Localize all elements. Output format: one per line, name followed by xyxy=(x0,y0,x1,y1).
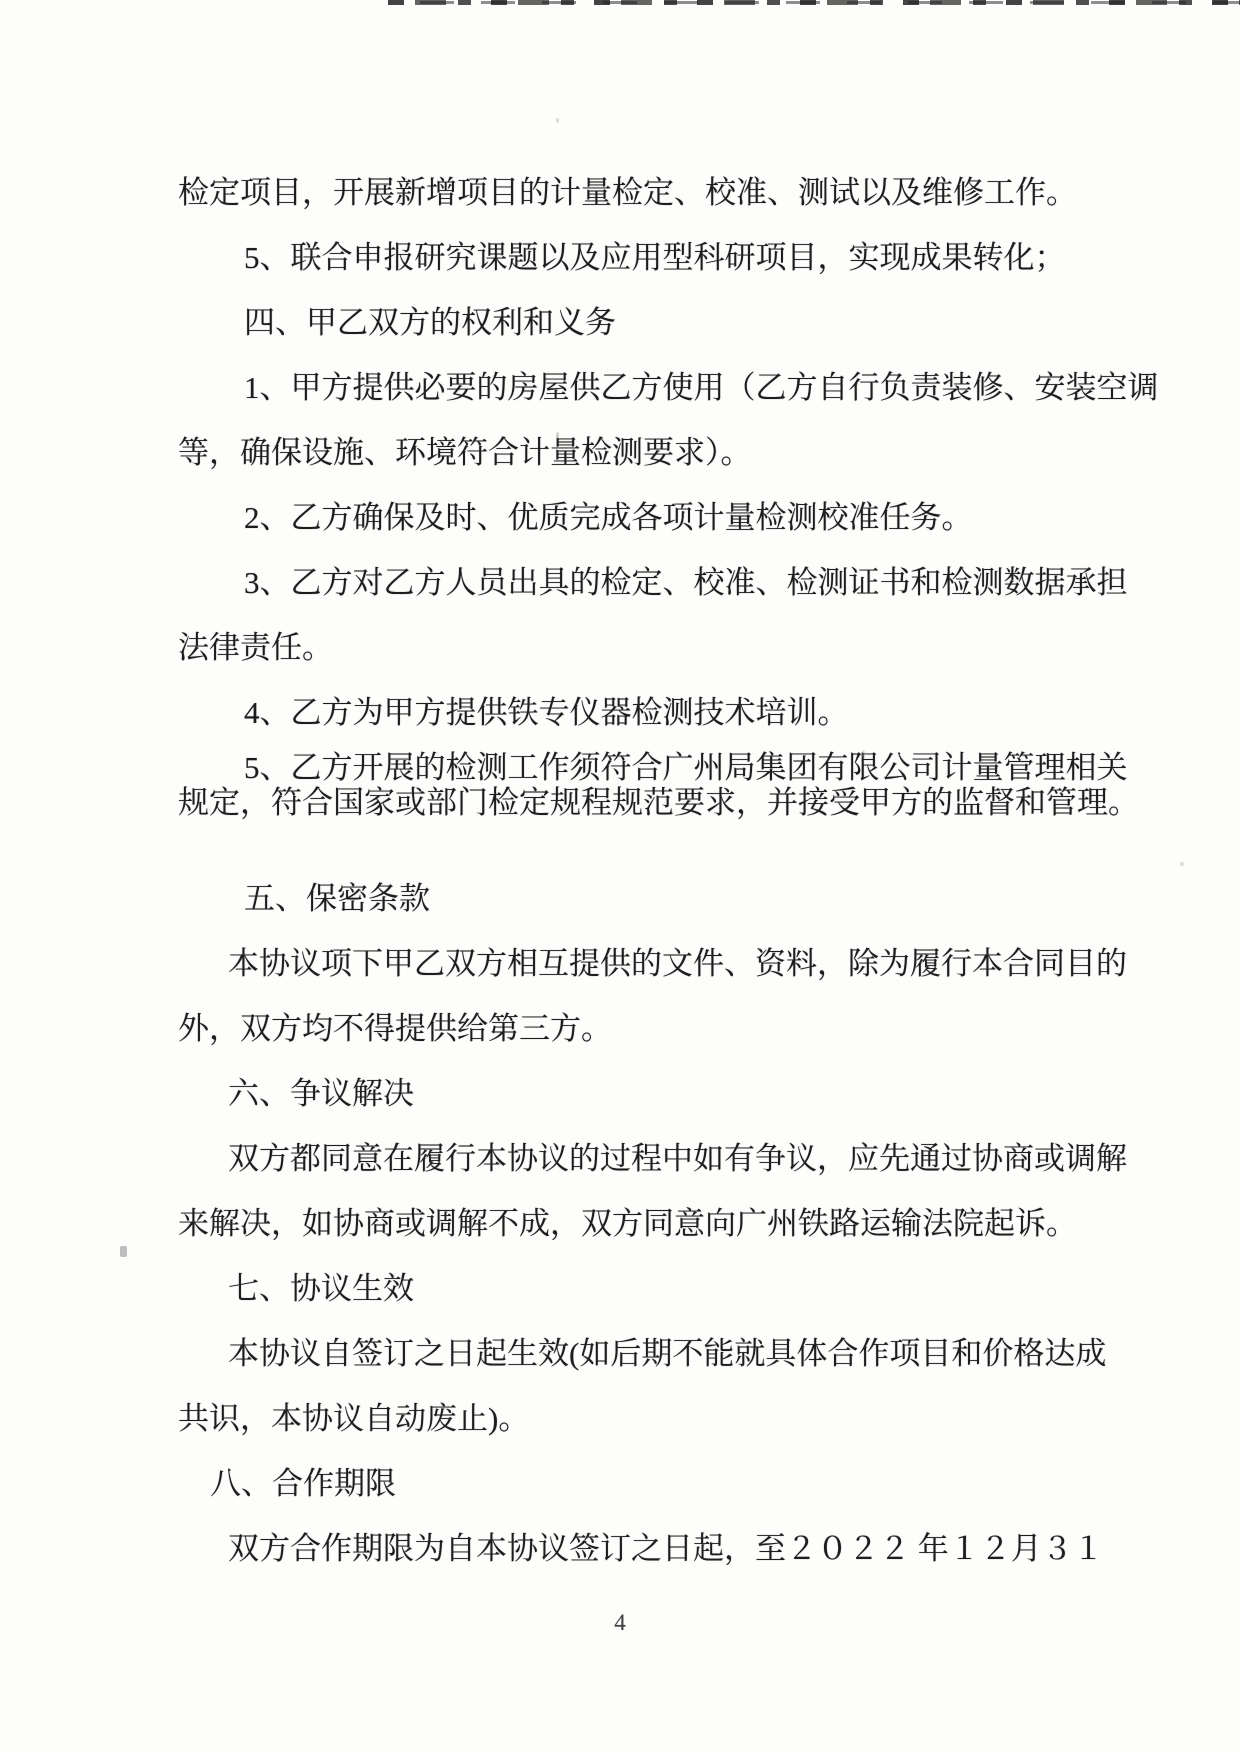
text-line: 3、乙方对乙方人员出具的检定、校准、检测证书和检测数据承担 xyxy=(178,560,1178,625)
scanned-contract-page: 检定项目，开展新增项目的计量检定、校准、测试以及维修工作。5、联合申报研究课题以… xyxy=(0,0,1240,1752)
scan-speck xyxy=(556,432,559,439)
text-line: 外，双方均不得提供给第三方。 xyxy=(178,1006,1178,1071)
text-line: 本协议项下甲乙双方相互提供的文件、资料，除为履行本合同目的 xyxy=(178,941,1178,1006)
text-line: 2、乙方确保及时、优质完成各项计量检测校准任务。 xyxy=(178,495,1178,560)
text-line: 七、协议生效 xyxy=(178,1266,1178,1331)
text-line: 规定，符合国家或部门检定规程规范要求，并接受甲方的监督和管理。 xyxy=(178,780,1178,845)
scan-artifact-top-edge-overlay xyxy=(420,1,1240,4)
text-line: 1、甲方提供必要的房屋供乙方使用（乙方自行负责装修、安装空调 xyxy=(178,365,1178,430)
text-line: 双方合作期限为自本协议签订之日起，至２０２２ 年１２月３１ xyxy=(178,1526,1178,1591)
scan-speck xyxy=(120,1246,127,1257)
text-line: 5、联合申报研究课题以及应用型科研项目，实现成果转化； xyxy=(178,235,1178,300)
text-line: 法律责任。 xyxy=(178,625,1178,690)
text-line: 等，确保设施、环境符合计量检测要求）。 xyxy=(178,430,1178,495)
document-body: 检定项目，开展新增项目的计量检定、校准、测试以及维修工作。5、联合申报研究课题以… xyxy=(178,170,1178,1591)
text-line: 八、合作期限 xyxy=(178,1461,1178,1526)
text-line: 双方都同意在履行本协议的过程中如有争议，应先通过协商或调解 xyxy=(178,1136,1178,1201)
text-line: 检定项目，开展新增项目的计量检定、校准、测试以及维修工作。 xyxy=(178,170,1178,235)
text-line: 来解决，如协商或调解不成，双方同意向广州铁路运输法院起诉。 xyxy=(178,1201,1178,1266)
text-line: 六、争议解决 xyxy=(178,1071,1178,1136)
scan-speck xyxy=(862,750,865,759)
text-line: 本协议自签订之日起生效(如后期不能就具体合作项目和价格达成 xyxy=(178,1331,1178,1396)
text-line: 四、甲乙双方的权利和义务 xyxy=(178,300,1178,365)
text-line: 五、保密条款 xyxy=(178,876,1178,941)
scan-speck xyxy=(1180,862,1184,866)
text-line: 共识，本协议自动废止)。 xyxy=(178,1396,1178,1461)
page-number: 4 xyxy=(0,1610,1240,1636)
scan-speck xyxy=(556,118,559,123)
